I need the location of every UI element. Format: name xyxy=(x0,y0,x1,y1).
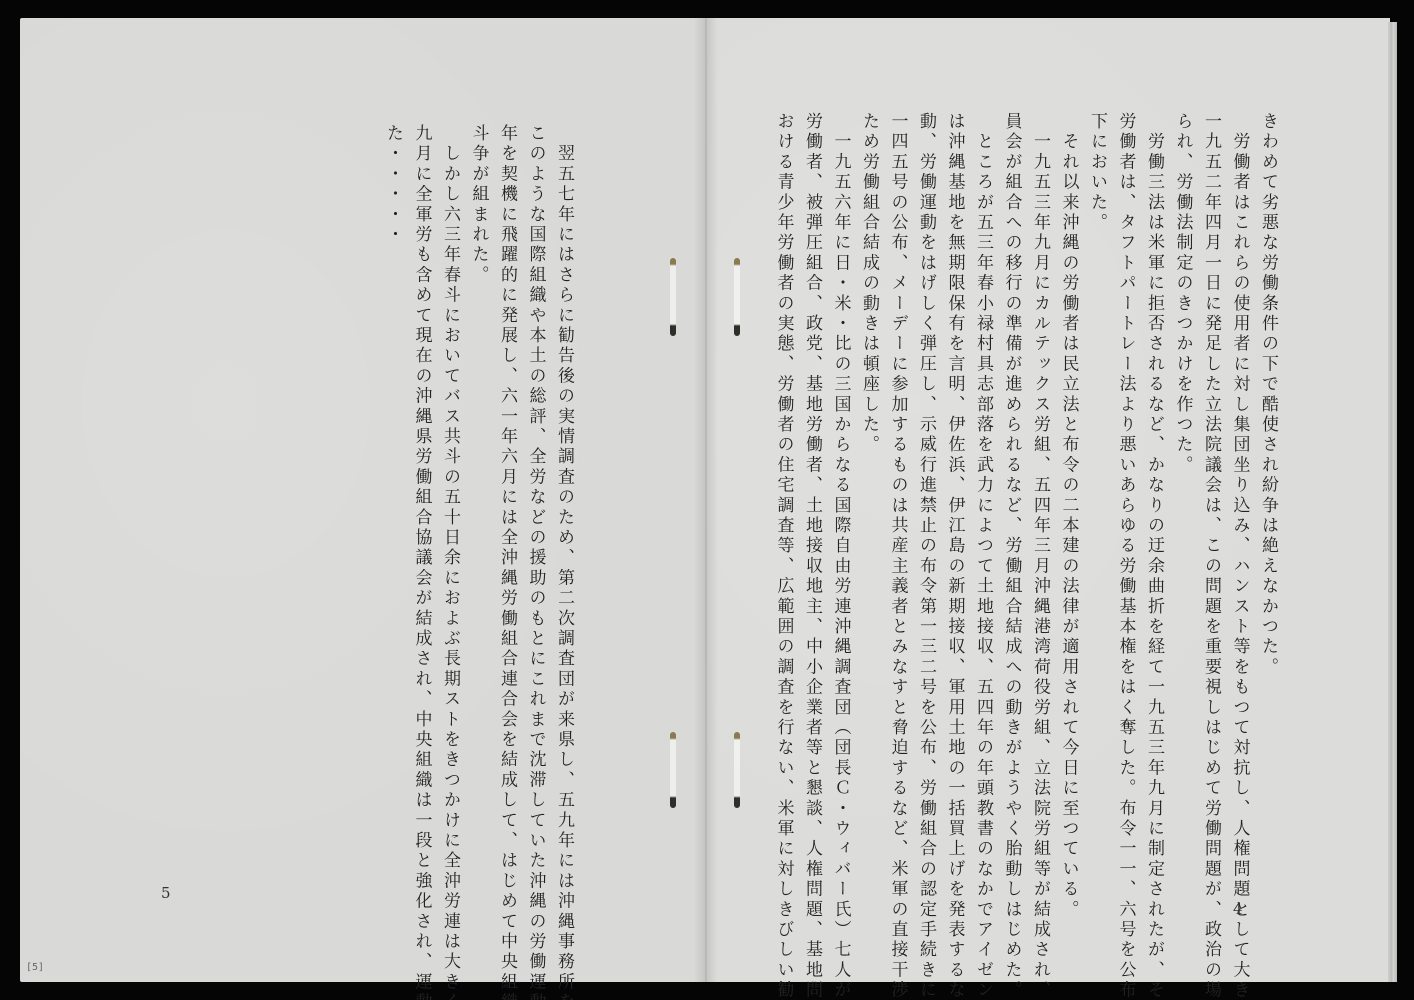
text-column: 一九五六年に日・米・比の三国からなる国際自由労連沖縄調査団（団長Ｃ・ウィバー氏）… xyxy=(826,112,855,902)
gutter-fold xyxy=(705,18,707,982)
staple-icon xyxy=(734,258,740,336)
text-column: ところが五三年春小禄村具志部落を武力によつて土地接収、五四年の年頭教書のなかでア… xyxy=(969,112,998,902)
text-column: 年を契機に飛躍的に発展し、六一年六月には全沖縄労働組合連合会を結成して、はじめて… xyxy=(493,124,522,884)
text-column: 員会が組合への移行の準備が進められるなど、労働組合結成への動きがようやく胎動しは… xyxy=(997,112,1026,902)
text-column: 労働三法は米軍に拒否されるなど、かなりの迂余曲折を経て一九五三年九月に制定された… xyxy=(1140,112,1169,902)
text-column: 一四五号の公布、メーデーに参加するものは共産主義者とみなすと脅迫するなど、米軍の… xyxy=(883,112,912,902)
text-column: それ以来沖縄の労働者は民立法と布令の二本建の法律が適用されて今日に至つている。 xyxy=(1054,112,1083,902)
left-page-body-text: 翌五七年にはさらに勧告後の実情調査のため、第二次調査団が来県し、五九年には沖縄事… xyxy=(379,124,579,884)
text-column: このような国際組織や本土の総評、全労などの援助のもとにこれまで沈滞していた沖縄の… xyxy=(521,124,550,884)
text-column: は沖縄基地を無期限保有を言明、伊佐浜、伊江島の新期接収、軍用土地の一括買上げを発… xyxy=(940,112,969,902)
text-column: 労働者、被弾圧組合、政党、基地労働者、土地接収地主、中小企業者等と懇談、人権問題… xyxy=(798,112,827,902)
text-column: 九月に全軍労も含めて現在の沖縄県労働組合協議会が結成され、中央組織は一段と強化さ… xyxy=(407,124,436,884)
staple-icon xyxy=(734,732,740,808)
text-column: 労働者はこれらの使用者に対し集団坐り込み、ハンスト等をもつて対抗し、人権問題とし… xyxy=(1225,112,1254,902)
text-column: 一九五三年九月にカルテックス労組、五四年三月沖縄港湾荷役労組、立法院労組等が結成… xyxy=(1026,112,1055,902)
staple-icon xyxy=(670,732,676,808)
page-edge-stack xyxy=(1388,22,1397,982)
text-column: 下においた。 xyxy=(1083,112,1112,902)
text-column: しかし六三年春斗においてバス共斗の五十日余におよぶ長期ストをきつかけに全沖労連は… xyxy=(436,124,465,884)
text-column: た・・・・・ xyxy=(379,124,408,884)
staple-icon xyxy=(670,258,676,336)
text-column: ため労働組合結成の動きは頓座した。 xyxy=(855,112,884,902)
text-column: 一九五二年四月一日に発足した立法院議会は、この問題を重要視しはじめて労働問題が、… xyxy=(1197,112,1226,902)
page-number-right: 4 xyxy=(1233,900,1243,918)
text-column: 翌五七年にはさらに勧告後の実情調査のため、第二次調査団が来県し、五九年には沖縄事… xyxy=(550,124,579,884)
text-column: られ、労働法制定のきつかけを作つた。 xyxy=(1168,112,1197,902)
text-column: きわめて劣悪な労働条件の下で酷使され紛争は絶えなかつた。 xyxy=(1254,112,1283,902)
text-column: 斗争が組まれた。 xyxy=(464,124,493,884)
text-column: 労働者は、タフトパートレー法より悪いあらゆる労働基本権をはく奪した。布令一一、六… xyxy=(1111,112,1140,902)
archive-stamp: [5] xyxy=(26,962,44,973)
page-number-left: 5 xyxy=(161,884,171,902)
text-column: おける青少年労働者の実態、労働者の住宅調査等、広範囲の調査を行ない、米軍に対しき… xyxy=(769,112,798,902)
text-column: 動、労働運動をはげしく弾圧し、示威行進禁止の布令第一三二号を公布、労働組合の認定… xyxy=(912,112,941,902)
right-page-body-text: きわめて劣悪な労働条件の下で酷使され紛争は絶えなかつた。 労働者はこれらの使用者… xyxy=(769,112,1282,902)
left-page xyxy=(20,18,706,982)
